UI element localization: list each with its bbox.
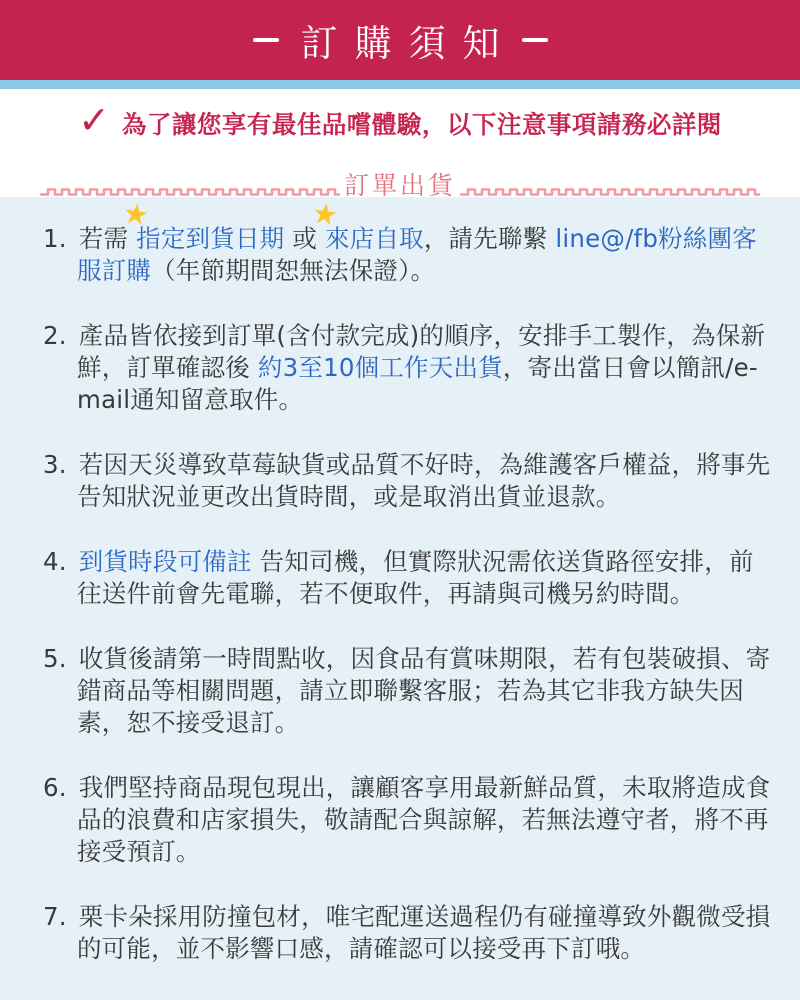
highlight-phrase: 到貨時段可備註 [79,547,252,576]
item-number: 1. [43,224,75,253]
banner-divider [0,80,800,89]
text-segment: 栗卡朵採用防撞包材，唯宅配運送過程仍有碰撞導致外觀微受損的可能，並不影響口感，請… [77,902,770,963]
notice-item: 5. 收貨後請第一時間點收，因食品有賞味期限，若有包裝破損、寄錯商品等相關問題，… [43,643,774,739]
section-header: 訂單出貨 [0,144,800,197]
item-number: 6. [43,773,75,802]
item-number: 7. [43,902,75,931]
notice-item: 3. 若因天災導致草莓缺貨或品質不好時，為維護客戶權益，將事先告知狀況並更改出貨… [43,449,774,513]
notice-item: 2. 產品皆依接到訂單(含付款完成)的順序，安排手工製作，為保新鮮，訂單確認後 … [43,320,774,416]
notice-item: 6. 我們堅持商品現包現出，讓顧客享用最新鮮品質，未取將造成食品的浪費和店家損失… [43,772,774,868]
text-segment: 我們堅持商品現包現出，讓顧客享用最新鮮品質，未取將造成食品的浪費和店家損失，敬請… [77,773,770,866]
page-title: 訂購須知 [301,13,517,67]
item-number: 2. [43,321,75,350]
text-segment: 收貨後請第一時間點收，因食品有賞味期限，若有包裝破損、寄錯商品等相關問題，請立即… [77,644,770,737]
notice-item: 7. 栗卡朵採用防撞包材，唯宅配運送過程仍有碰撞導致外觀微受損的可能，並不影響口… [43,901,774,965]
wavy-line-right [460,186,760,197]
notice-list: 1. 若需 ★指定到貨日期 或 ★來店自取，請先聯繫 line@/fb粉絲團客服… [0,197,800,965]
highlight-phrase: 約3至10個工作天出貨 [258,353,503,382]
title-dash-left [253,38,279,42]
title-dash-right [522,38,548,42]
text-segment: 若因天災導致草莓缺貨或品質不好時，為維護客戶權益，將事先告知狀況並更改出貨時間，… [77,450,770,511]
star-icon: ★ [121,198,151,230]
intro-note: ✓ 為了讓您享有最佳品嚐體驗，以下注意事項請務必詳閱 [0,102,800,144]
item-number: 3. [43,450,75,479]
intro-section: ✓ 為了讓您享有最佳品嚐體驗，以下注意事項請務必詳閱 訂單出貨 [0,89,800,197]
notice-item: 4. 到貨時段可備註 告知司機，但實際狀況需依送貨路徑安排，前往送件前會先電聯，… [43,546,774,610]
highlight-phrase: ★指定到貨日期 [136,224,284,253]
wavy-line-left [40,186,340,197]
item-number: 4. [43,547,75,576]
section-title: 訂單出貨 [340,172,460,199]
order-notice-page: 訂購須知 ✓ 為了讓您享有最佳品嚐體驗，以下注意事項請務必詳閱 訂單出貨 1. … [0,0,800,1000]
highlight-phrase: ★來店自取 [325,224,424,253]
notice-list-section: 1. 若需 ★指定到貨日期 或 ★來店自取，請先聯繫 line@/fb粉絲團客服… [0,197,800,1000]
text-segment: ，請先聯繫 [424,224,556,253]
banner: 訂購須知 [0,0,800,80]
item-number: 5. [43,644,75,673]
text-segment: （年節期間恕無法保證）。 [151,256,435,285]
checkmark-icon: ✓ [78,101,110,139]
intro-text: 為了讓您享有最佳品嚐體驗，以下注意事項請務必詳閱 [122,106,722,141]
star-icon: ★ [310,198,340,230]
notice-item: 1. 若需 ★指定到貨日期 或 ★來店自取，請先聯繫 line@/fb粉絲團客服… [43,223,774,287]
